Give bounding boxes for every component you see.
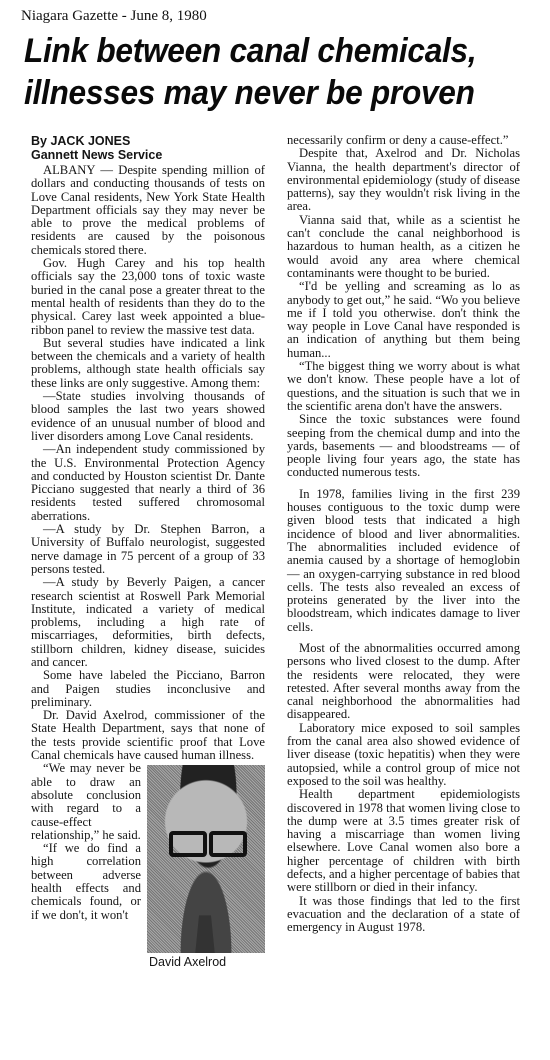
paragraph: —A study by Dr. Stephen Barron, a Univer… (31, 523, 265, 576)
paragraph: Since the toxic substances were found se… (287, 413, 520, 479)
headline-line-1: Link between canal chemicals, (24, 30, 508, 72)
paragraph: Some have labeled the Picciano, Barron a… (31, 669, 265, 709)
paragraph: Vianna said that, while as a scientist h… (287, 214, 520, 280)
paragraph: Dr. David Axelrod, commissioner of the S… (31, 709, 265, 762)
byline-author: By JACK JONES (31, 134, 265, 148)
photo-wrap-zone: David Axelrod “We may never be able to d… (31, 762, 265, 922)
paragraph: —State studies involving thousands of bl… (31, 390, 265, 443)
paragraph: Most of the abnormalities occurred among… (287, 642, 520, 722)
paragraph: “The biggest thing we worry about is wha… (287, 360, 520, 413)
paragraph: Gov. Hugh Carey and his top health offic… (31, 257, 265, 337)
glasses-icon (169, 831, 207, 857)
paragraph: —A study by Beverly Paigen, a cancer res… (31, 576, 265, 669)
headline-line-2: illnesses may never be proven (24, 72, 508, 114)
paragraph: necessarily confirm or deny a cause-effe… (287, 134, 520, 147)
paragraph: “I'd be yelling and screaming as lo as a… (287, 280, 520, 360)
paragraph: It was those findings that led to the fi… (287, 895, 520, 935)
tie-shape (195, 915, 215, 953)
paragraph: In 1978, families living in the first 23… (287, 488, 520, 634)
paragraph: —An independent study commissioned by th… (31, 443, 265, 523)
headline: Link between canal chemicals, illnesses … (24, 30, 508, 114)
photo-block: David Axelrod (147, 765, 269, 970)
photo-caption: David Axelrod (149, 955, 269, 970)
byline-service: Gannett News Service (31, 148, 265, 162)
source-line: Niagara Gazette - June 8, 1980 (21, 8, 207, 25)
glasses-icon (209, 831, 247, 857)
paragraph: ALBANY — Despite spending million of dol… (31, 164, 265, 257)
paragraph: Despite that, Axelrod and Dr. Nicholas V… (287, 147, 520, 213)
article-column-right: necessarily confirm or deny a cause-effe… (287, 134, 520, 935)
article-column-left: By JACK JONES Gannett News Service ALBAN… (31, 134, 265, 970)
byline: By JACK JONES Gannett News Service (31, 134, 265, 162)
paragraph: Laboratory mice exposed to soil samples … (287, 722, 520, 788)
paragraph: Health department epidemiologists discov… (287, 788, 520, 894)
portrait-photo (147, 765, 265, 953)
paragraph: But several studies have indicated a lin… (31, 337, 265, 390)
